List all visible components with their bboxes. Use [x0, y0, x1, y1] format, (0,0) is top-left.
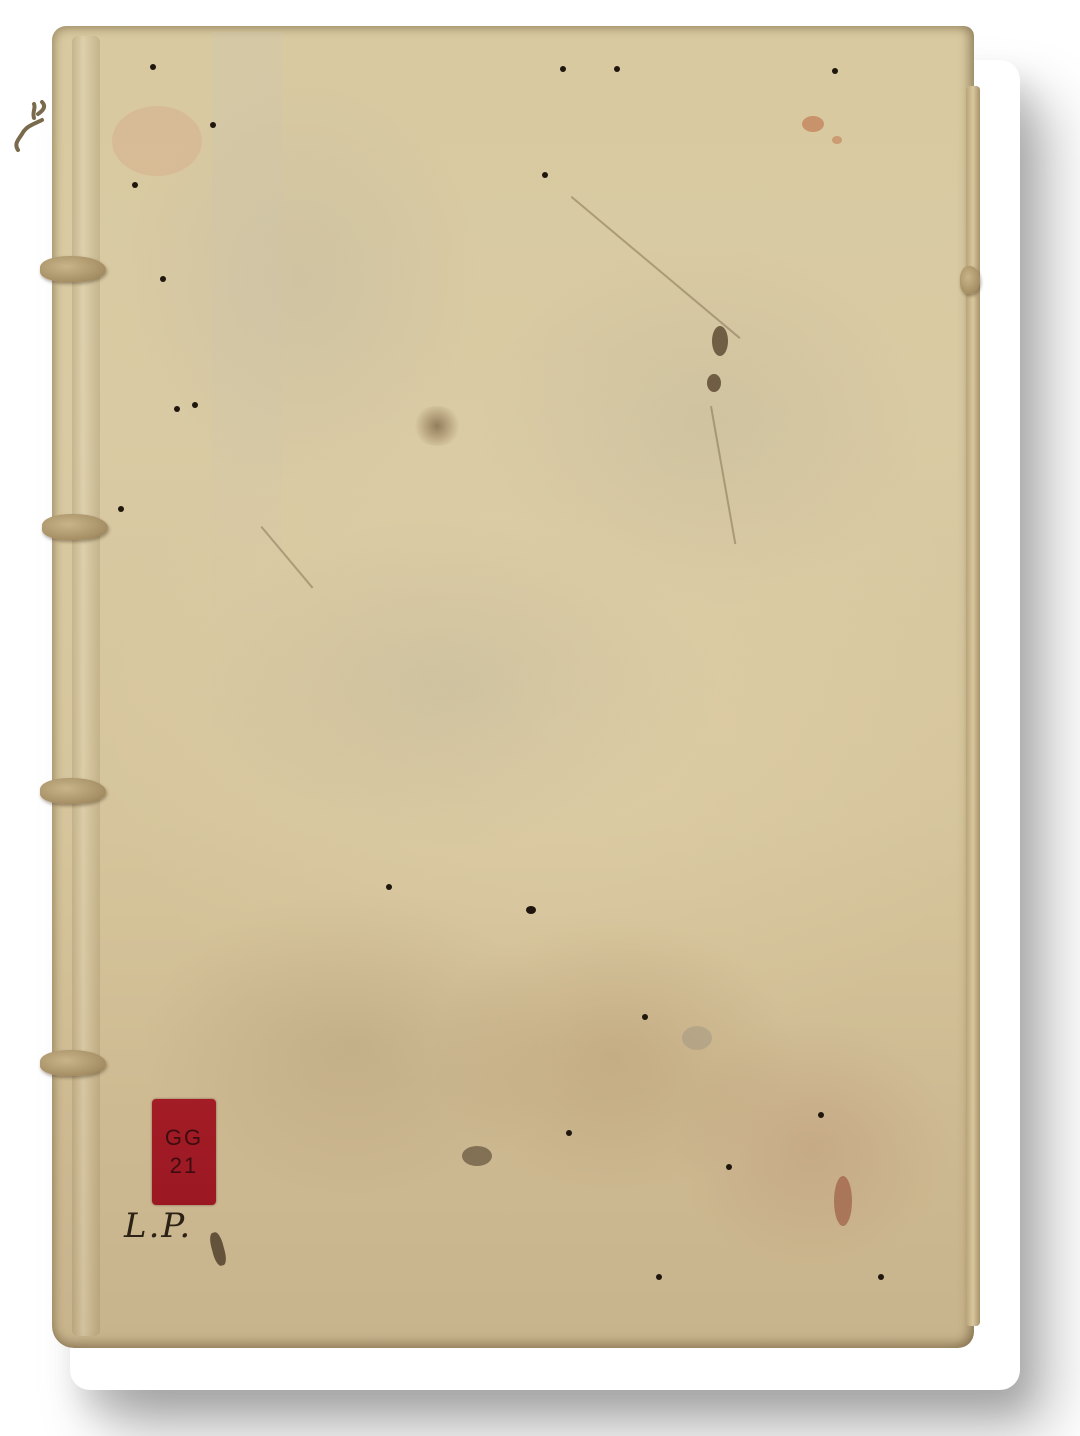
- wormhole: [832, 68, 838, 74]
- stain: [682, 1026, 712, 1050]
- wormhole: [542, 172, 548, 178]
- stain: [412, 406, 462, 446]
- shelfmark-line1: GG: [165, 1124, 203, 1152]
- stain: [112, 106, 202, 176]
- spine-tie: [40, 256, 106, 282]
- shelfmark-line2: 21: [170, 1152, 198, 1180]
- wormhole: [174, 406, 180, 412]
- spine-tie: [42, 514, 108, 540]
- wormhole: [150, 64, 156, 70]
- stain: [707, 374, 721, 392]
- stain: [832, 136, 842, 144]
- spine-tie: [960, 266, 980, 294]
- frayed-thong-icon: [8, 100, 48, 160]
- wormhole: [818, 1112, 824, 1118]
- wormhole: [210, 122, 216, 128]
- handwritten-mark: L.P.: [124, 1206, 192, 1246]
- faded-label-panel: [212, 32, 282, 612]
- crack-line: [571, 196, 741, 339]
- wormhole: [878, 1274, 884, 1280]
- shelfmark-label: GG 21: [152, 1099, 216, 1205]
- wormhole: [642, 1014, 648, 1020]
- wormhole: [566, 1130, 572, 1136]
- spine-tie: [40, 1050, 106, 1076]
- stain: [712, 326, 728, 356]
- spine-fold: [72, 36, 100, 1336]
- wormhole: [526, 906, 536, 914]
- stain: [802, 116, 824, 132]
- wormhole: [132, 182, 138, 188]
- crack-line: [710, 406, 736, 544]
- spine-tie: [40, 778, 106, 804]
- wormhole: [118, 506, 124, 512]
- wormhole: [192, 402, 198, 408]
- wormhole: [160, 276, 166, 282]
- stain: [462, 1146, 492, 1166]
- stain: [834, 1176, 852, 1226]
- wormhole: [560, 66, 566, 72]
- wormhole: [614, 66, 620, 72]
- wormhole: [386, 884, 392, 890]
- wormhole: [726, 1164, 732, 1170]
- wormhole: [656, 1274, 662, 1280]
